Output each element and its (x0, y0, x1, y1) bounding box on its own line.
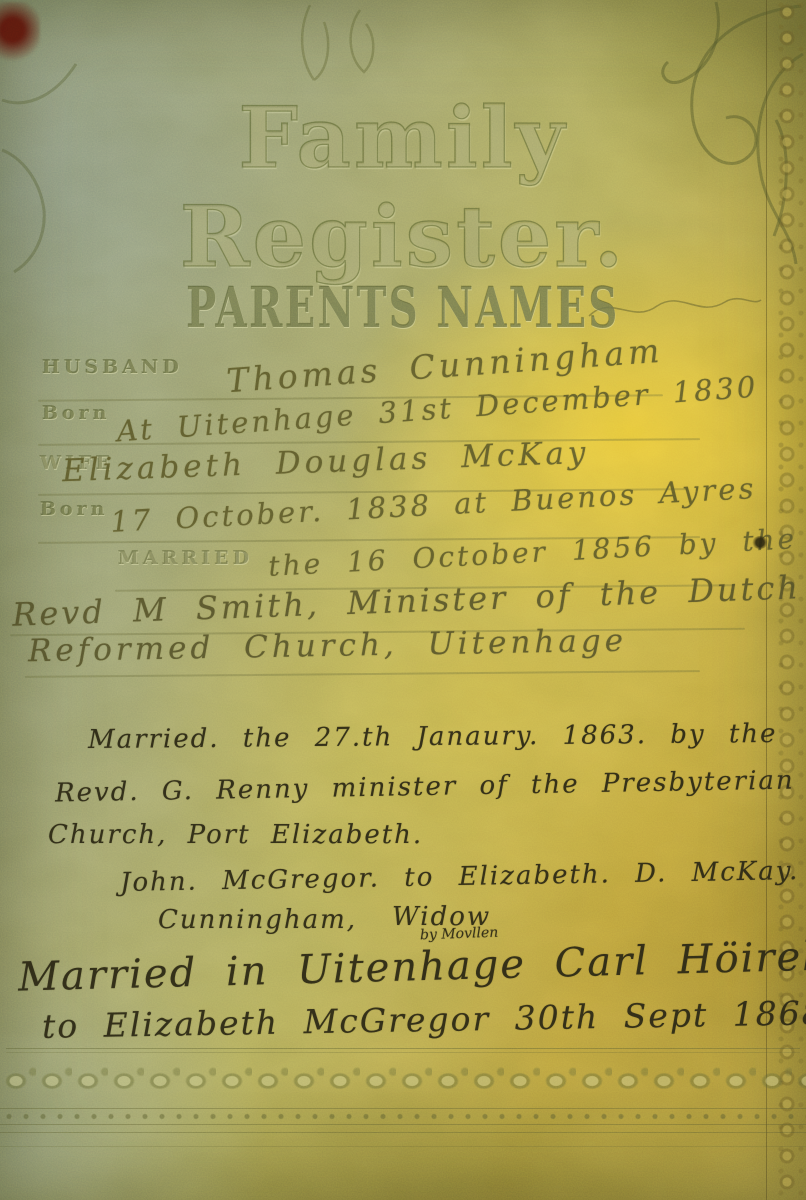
red-stain (0, 2, 40, 64)
band-rule-bottom (0, 1132, 806, 1133)
entry-1868-line-1: Married in Uitenhage Carl Höirell (18, 933, 806, 1000)
entry-1863-line-4: John. McGregor. to Elizabeth. D. McKay. (120, 856, 800, 898)
field-label-born-husband: Born (42, 402, 111, 424)
family-register-page: Family Register. PARENTS NAMES HUSBAND B… (0, 0, 806, 1200)
entry-1863-line-1: Married. the 27.th Janaury. 1863. by the (88, 719, 778, 755)
entry-1868-interlineation: by Movllen (420, 925, 499, 944)
field-label-married: MARRIED (118, 547, 253, 569)
decorative-border-bottom (0, 1048, 806, 1138)
entry-1868-line-2: to Elizabeth McGregor 30th Sept 1868 (42, 993, 806, 1046)
band-rule-top (6, 1048, 800, 1049)
entry-1863-line-3: Church, Port Elizabeth. (48, 820, 423, 850)
page-title: Family Register. (0, 88, 806, 286)
field-label-born-wife: Born (40, 498, 109, 520)
ink-blot (752, 536, 768, 549)
field-label-husband: HUSBAND (42, 356, 183, 378)
band-scroll-pattern (0, 1058, 806, 1104)
entry-1863-line-2: Revd. G. Renny minister of the Presbyter… (55, 766, 795, 809)
band-bead-pattern (0, 1108, 806, 1125)
parents-names-heading: PARENTS NAMES (81, 274, 726, 340)
married-continuation-line-1: Revd M Smith, Minister of the Dutch (12, 568, 802, 634)
embossed-flourish-ornament (280, 0, 450, 85)
baseline-rule (25, 670, 700, 678)
entry-1863-line-5: Cunningham, (158, 905, 357, 935)
